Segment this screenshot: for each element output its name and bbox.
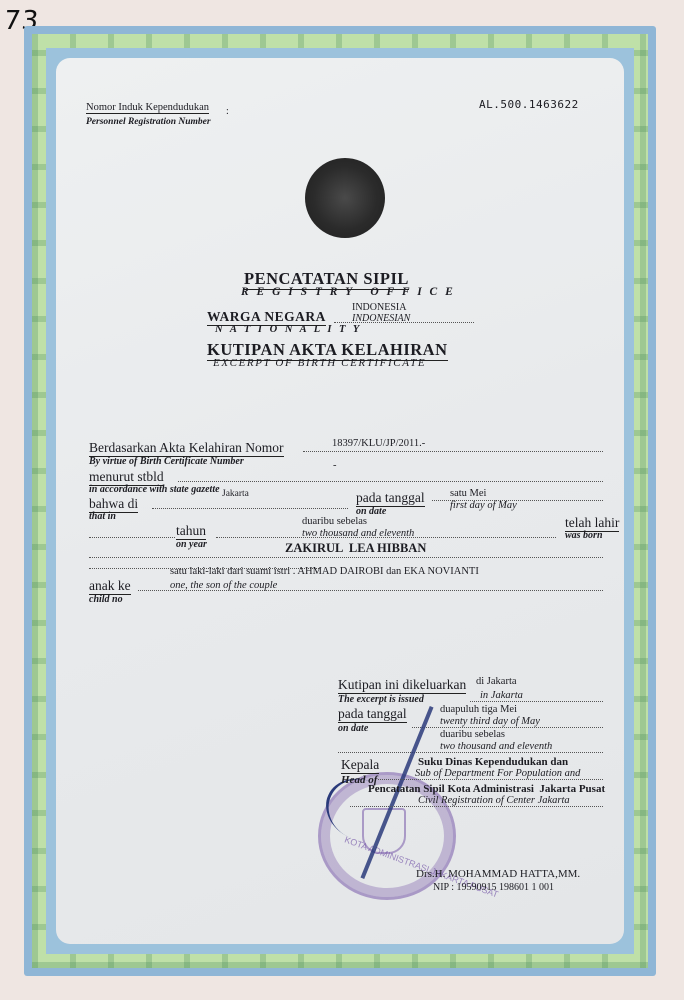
child-name-dotted-line	[89, 557, 603, 558]
birthyear-label: tahun	[176, 523, 206, 540]
office-line1: Suku Dinas Kependudukan dan	[418, 756, 568, 768]
birthyear-value: duaribu sebelas	[302, 516, 367, 527]
stbld-dotted-line	[178, 481, 603, 482]
serial-number: AL.500.1463622	[479, 98, 579, 111]
birthyear-label-en: on year	[176, 539, 207, 550]
nik-label: Nomor Induk Kependudukan	[86, 102, 209, 114]
birthdate-value: satu Mei	[450, 488, 486, 499]
issued-date-label-en: on date	[338, 723, 368, 734]
issued-label: Kutipan ini dikeluarkan	[338, 677, 466, 694]
nationality-label-en: N A T I O N A L I T Y	[215, 324, 362, 335]
document-title-en: EXCERPT OF BIRTH CERTIFICATE	[213, 357, 426, 369]
birthplace-dotted-line	[152, 508, 348, 509]
nik-colon: :	[226, 106, 229, 117]
birthplace-value: Jakarta	[222, 489, 249, 499]
birthdate-value-en: first day of May	[450, 500, 517, 511]
child-no-value: satu laki-laki dari suami istri . AHMAD …	[170, 566, 479, 577]
nik-label-en: Personnel Registration Number	[86, 117, 211, 127]
birthplace-label-en: that in	[89, 511, 116, 522]
office-line2-dotted-line	[350, 806, 603, 807]
stbld-label-en: in accordance with state gazette	[89, 484, 220, 495]
issued-place: di Jakarta	[476, 676, 517, 687]
issued-year: duaribu sebelas	[440, 729, 505, 740]
issued-year-en: two thousand and eleventh	[440, 741, 552, 752]
child-no-label: anak ke	[89, 578, 131, 595]
nationality-value: INDONESIA	[352, 302, 406, 313]
year-left-dotted-line	[89, 537, 175, 538]
issued-date-label: pada tanggal	[338, 706, 407, 723]
child-no-label-en: child no	[89, 594, 123, 605]
embossed-seal-icon	[305, 158, 385, 238]
cert-number-value: 18397/KLU/JP/2011.-	[332, 438, 425, 449]
born-label-en: was born	[565, 530, 603, 541]
issued-place-dotted-line	[470, 701, 603, 702]
issued-date: duapuluh tiga Mei	[440, 704, 517, 715]
certificate-content: Nomor Induk Kependudukan : Personnel Reg…	[0, 0, 684, 1000]
cert-number-label: Berdasarkan Akta Kelahiran Nomor	[89, 440, 284, 457]
issued-place-en: in Jakarta	[480, 690, 523, 701]
child-no-value-en: one, the son of the couple	[170, 580, 277, 591]
child-name: ZAKIRUL LEA HIBBAN	[285, 541, 426, 556]
birthdate-label: pada tanggal	[356, 490, 425, 507]
head-label: Kepala	[341, 757, 379, 774]
office-title-en: R E G I S T R Y O F F I C E	[241, 286, 455, 298]
stbld-value: -	[333, 460, 337, 471]
birthyear-value-en: two thousand and eleventh	[302, 528, 414, 539]
office-line2-en: Civil Registration of Center Jakarta	[418, 795, 570, 806]
cert-number-label-en: By virtue of Birth Certificate Number	[89, 456, 244, 467]
issued-date-en: twenty third day of May	[440, 716, 540, 727]
signatory-nip: NIP : 19590915 198601 1 001	[433, 882, 554, 893]
signatory-name: Drs.H. MOHAMMAD HATTA,MM.	[416, 868, 580, 880]
issued-year-dotted-line	[338, 752, 603, 753]
issued-date-dotted-line	[412, 727, 603, 728]
office-line2: Pencatatan Sipil Kota Administrasi Jakar…	[368, 783, 605, 795]
cert-number-dotted-line	[303, 451, 603, 452]
issued-label-en: The excerpt is issued	[338, 694, 424, 705]
nationality-value-en: INDONESIAN	[352, 313, 410, 324]
office-line1-dotted-line	[378, 779, 603, 780]
office-line1-en: Sub of Department For Population and	[415, 768, 580, 779]
